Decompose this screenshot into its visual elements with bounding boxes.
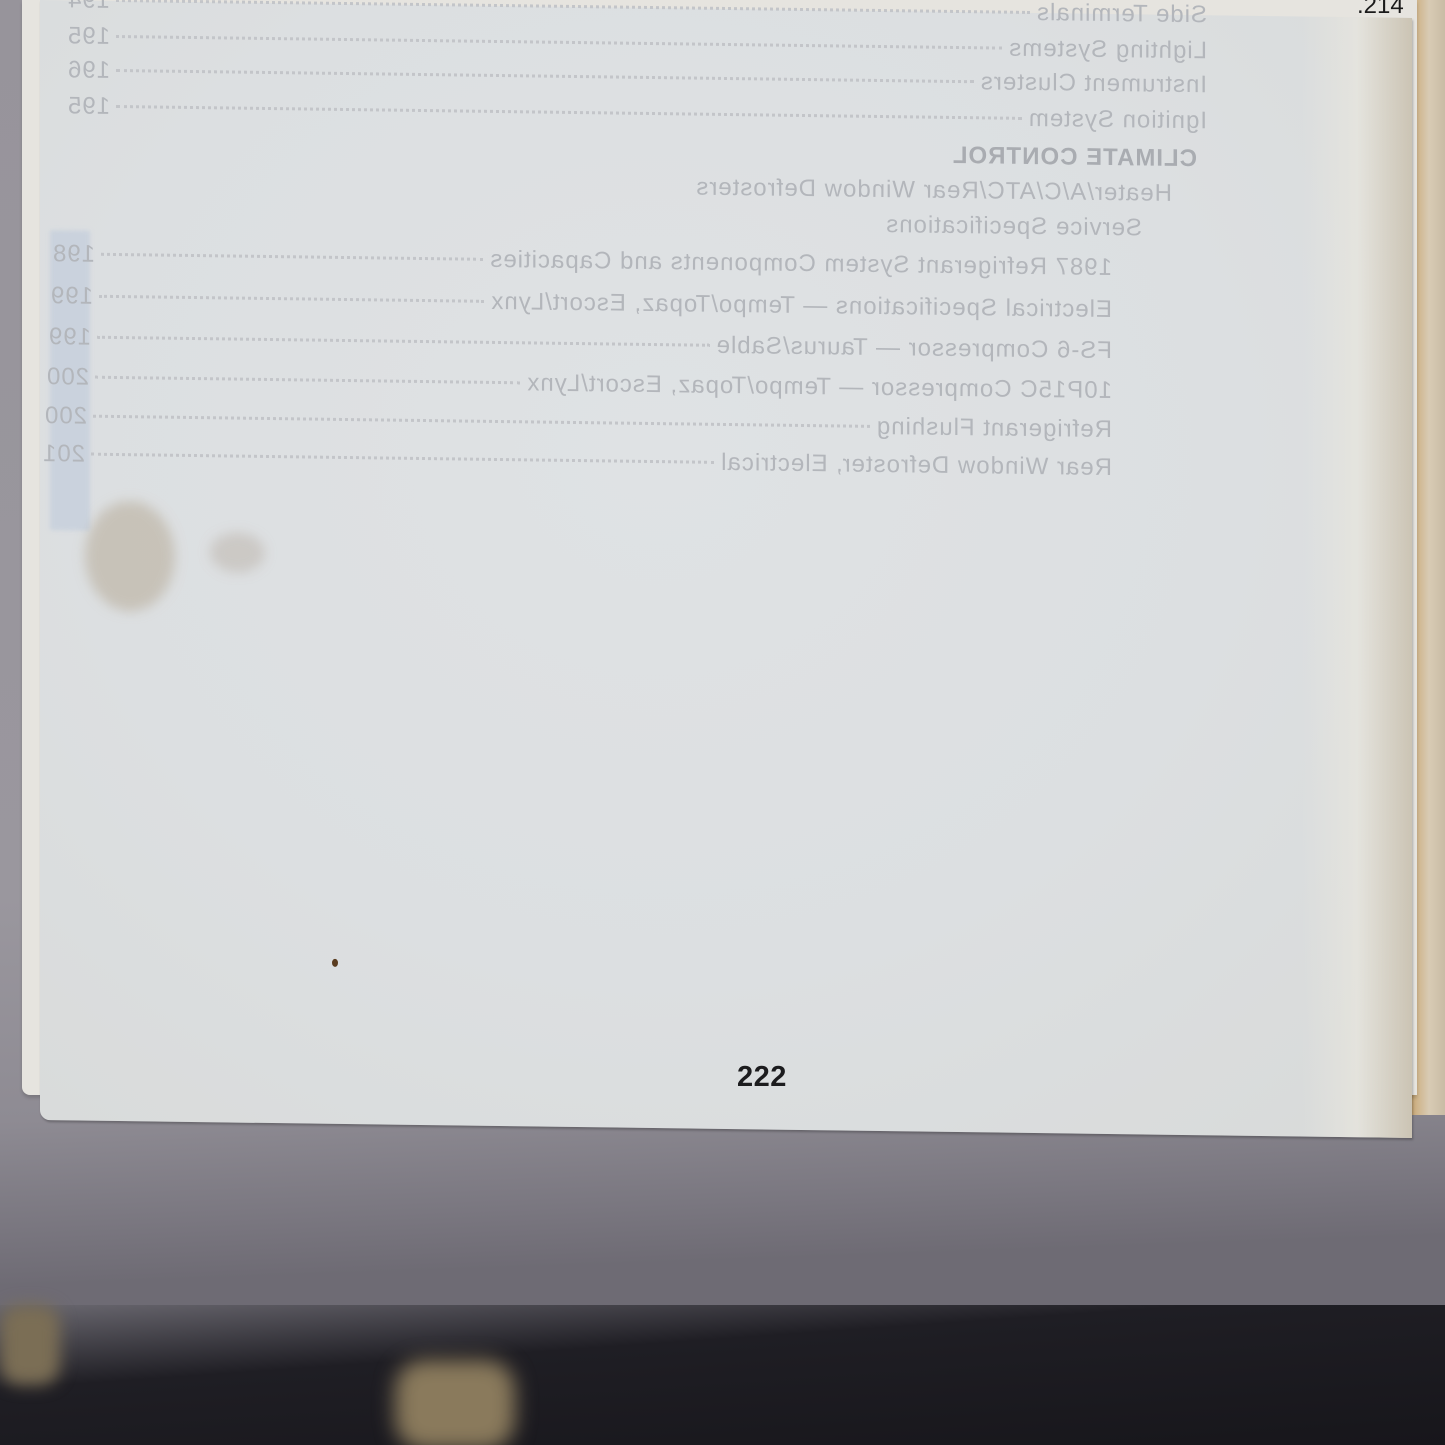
photographer-shadow <box>0 1305 1445 1445</box>
toc-entry: 1987 Refrigerant System Components and C… <box>52 240 1112 288</box>
foot-right <box>395 1360 515 1445</box>
subheading: Heater/A/C/ATC/Rear Window Defrosters <box>695 174 1172 208</box>
book-page: Side Terminals194 Lighting Systems195 In… <box>40 0 1412 1138</box>
corner-page-fragment: .214 <box>1357 0 1404 20</box>
page-number: 222 <box>737 1061 787 1094</box>
toc-entry: FS-6 Compressor — Taurus/Sable199 <box>48 323 1112 371</box>
sub-subheading: Service Specifications <box>885 211 1142 242</box>
foot-left <box>0 1305 60 1385</box>
toc-entry: Electrical Specifications — Tempo/Topaz,… <box>50 282 1112 330</box>
section-heading: CLIMATE CONTROL <box>952 142 1197 173</box>
mirrored-bleed-through-text: Side Terminals194 Lighting Systems195 In… <box>40 0 1412 1138</box>
